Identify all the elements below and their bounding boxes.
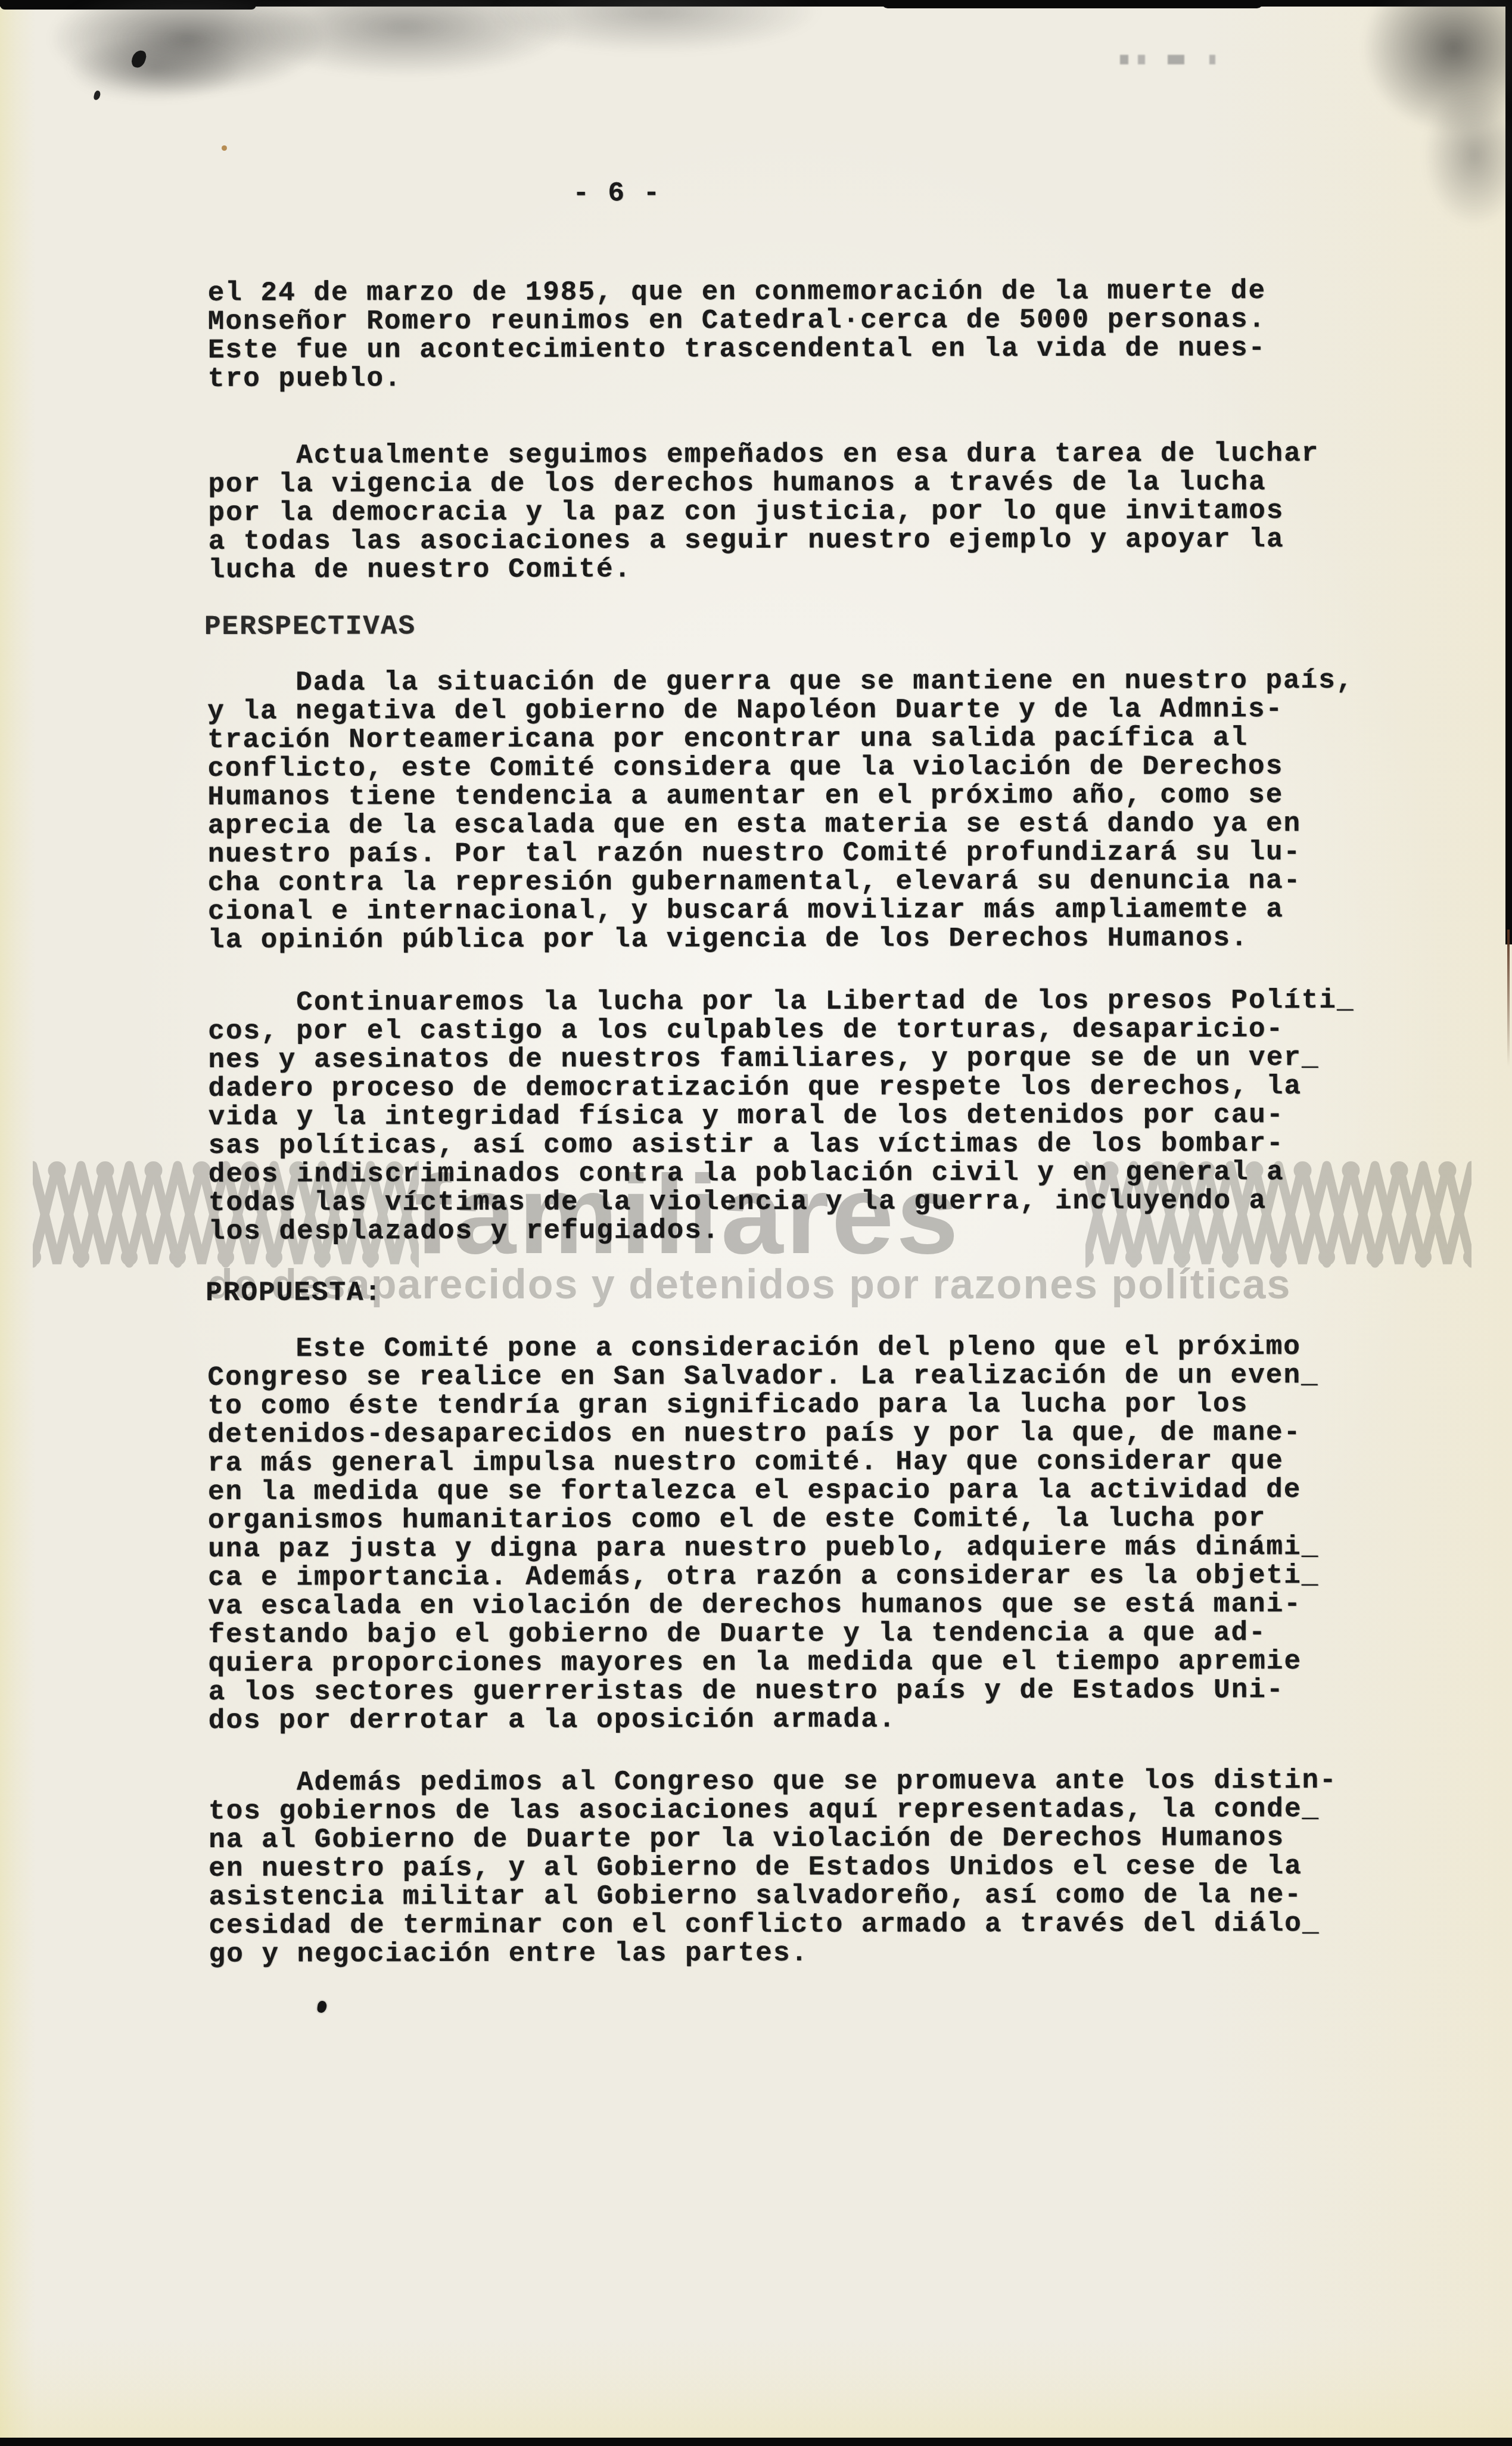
- watermark-subtext: de desaparecidos y detenidos por razones…: [207, 1262, 1291, 1306]
- page-number: - 6 -: [573, 179, 661, 207]
- paper-doll-chain-icon: [1085, 1155, 1471, 1274]
- paper-doll-chain-icon: [33, 1155, 419, 1274]
- paragraph-3: Dada la situación de guerra que se manti…: [207, 666, 1354, 955]
- paragraph-5: Este Comité pone a consideración del ple…: [207, 1332, 1319, 1735]
- scanned-document-page: - 6 - el 24 de marzo de 1985, que en con…: [0, 0, 1512, 2446]
- paragraph-6: Además pedimos al Congreso que se promue…: [209, 1766, 1337, 1969]
- watermark-text: familiares: [414, 1158, 961, 1270]
- paragraph-2: Actualmente seguimos empeñados en esa du…: [208, 439, 1320, 585]
- paragraph-1: el 24 de marzo de 1985, que en conmemora…: [208, 276, 1267, 393]
- section-heading-perspectivas: PERSPECTIVAS: [204, 612, 416, 641]
